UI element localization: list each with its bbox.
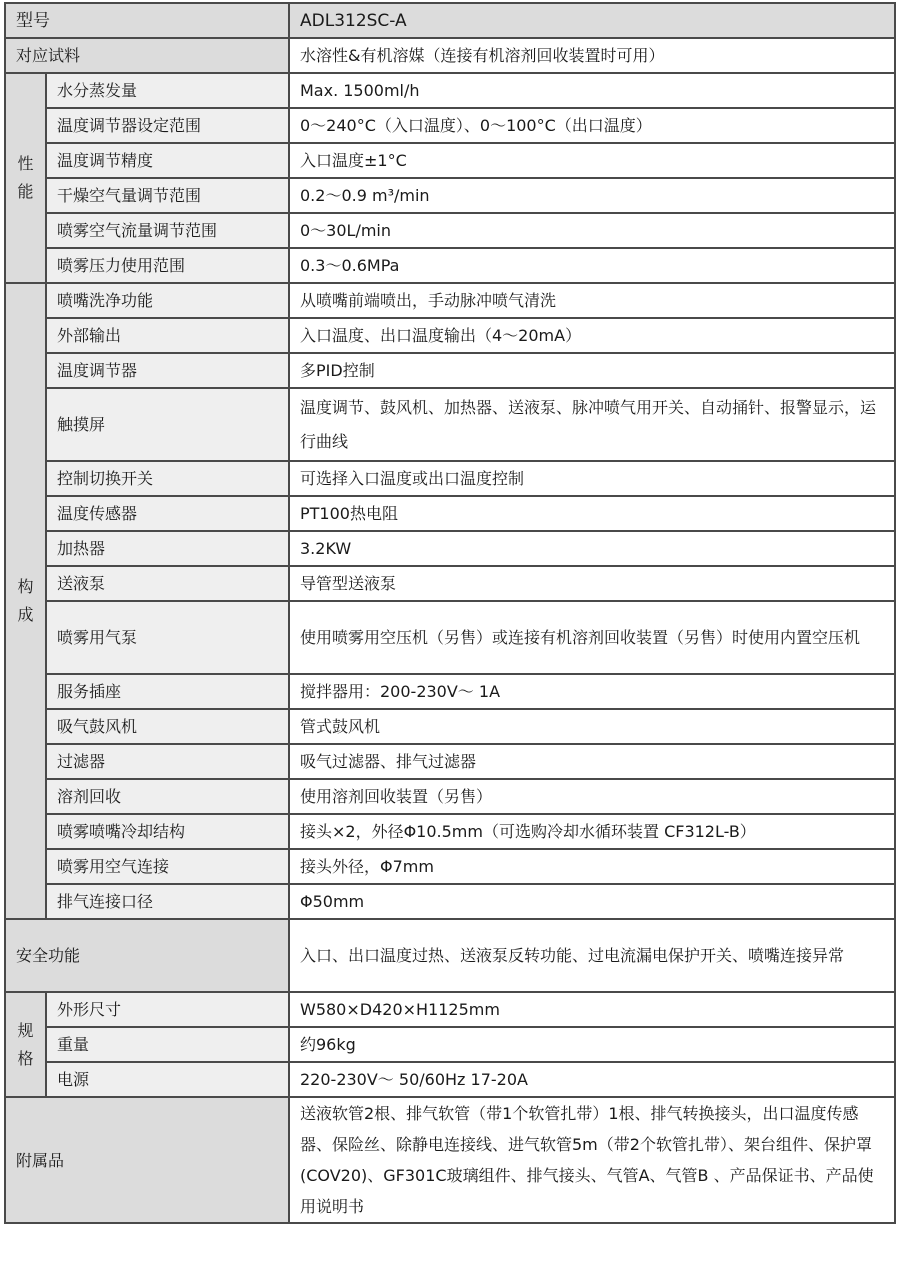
applicable-sample-value: 水溶性&有机溶媒（连接有机溶剂回收装置时可用） <box>289 38 895 73</box>
row-label: 喷雾空气流量调节范围 <box>46 213 289 248</box>
model-label: 型号 <box>5 3 289 38</box>
row-label: 溶剂回收 <box>46 779 289 814</box>
row-label: 水分蒸发量 <box>46 73 289 108</box>
table-row: 温度传感器 PT100热电阻 <box>5 496 895 531</box>
row-value: 接头外径，Φ7mm <box>289 849 895 884</box>
accessories-label: 附属品 <box>5 1097 289 1223</box>
table-row-accessories: 附属品 送液软管2根、排气软管（带1个软管扎带）1根、排气转换接头，出口温度传感… <box>5 1097 895 1223</box>
table-row: 温度调节器设定范围 0～240°C（入口温度）、0～100°C（出口温度） <box>5 108 895 143</box>
table-row: 触摸屏 温度调节、鼓风机、加热器、送液泵、脉冲喷气用开关、自动捅针、报警显示，运… <box>5 388 895 461</box>
spec-table: 型号 ADL312SC-A 对应试料 水溶性&有机溶媒（连接有机溶剂回收装置时可… <box>4 2 896 1224</box>
row-value: 使用喷雾用空压机（另售）或连接有机溶剂回收装置（另售）时使用内置空压机 <box>289 601 895 674</box>
table-row: 送液泵 导管型送液泵 <box>5 566 895 601</box>
row-value: 导管型送液泵 <box>289 566 895 601</box>
row-label: 排气连接口径 <box>46 884 289 919</box>
row-label: 喷雾压力使用范围 <box>46 248 289 283</box>
row-label: 外形尺寸 <box>46 992 289 1027</box>
row-value: 可选择入口温度或出口温度控制 <box>289 461 895 496</box>
table-row: 喷雾喷嘴冷却结构 接头×2，外径Φ10.5mm（可选购冷却水循环装置 CF312… <box>5 814 895 849</box>
row-value: 接头×2，外径Φ10.5mm（可选购冷却水循环装置 CF312L-B） <box>289 814 895 849</box>
table-row: 温度调节器 多PID控制 <box>5 353 895 388</box>
row-label: 温度调节器 <box>46 353 289 388</box>
group-label-performance: 性 能 <box>5 73 46 283</box>
table-row: 控制切换开关 可选择入口温度或出口温度控制 <box>5 461 895 496</box>
row-label: 触摸屏 <box>46 388 289 461</box>
table-row: 喷雾用气泵 使用喷雾用空压机（另售）或连接有机溶剂回收装置（另售）时使用内置空压… <box>5 601 895 674</box>
safety-value: 入口、出口温度过热、送液泵反转功能、过电流漏电保护开关、喷嘴连接异常 <box>289 919 895 992</box>
table-row-applicable-sample: 对应试料 水溶性&有机溶媒（连接有机溶剂回收装置时可用） <box>5 38 895 73</box>
row-label: 控制切换开关 <box>46 461 289 496</box>
group-label-char: 格 <box>16 1045 35 1073</box>
row-value: Φ50mm <box>289 884 895 919</box>
row-label: 温度传感器 <box>46 496 289 531</box>
row-label: 喷雾用空气连接 <box>46 849 289 884</box>
row-label: 干燥空气量调节范围 <box>46 178 289 213</box>
row-value: 220-230V～ 50/60Hz 17-20A <box>289 1062 895 1097</box>
row-value: 使用溶剂回收装置（另售） <box>289 779 895 814</box>
row-value: 0.3～0.6MPa <box>289 248 895 283</box>
model-value: ADL312SC-A <box>289 3 895 38</box>
row-value: 温度调节、鼓风机、加热器、送液泵、脉冲喷气用开关、自动捅针、报警显示，运行曲线 <box>289 388 895 461</box>
row-value: 入口温度、出口温度输出（4～20mA） <box>289 318 895 353</box>
row-value: 从喷嘴前端喷出，手动脉冲喷气清洗 <box>289 283 895 318</box>
group-label-specifications: 规 格 <box>5 992 46 1097</box>
table-row: 喷雾用空气连接 接头外径，Φ7mm <box>5 849 895 884</box>
group-label-char: 成 <box>16 601 35 629</box>
row-value: 3.2KW <box>289 531 895 566</box>
accessories-value: 送液软管2根、排气软管（带1个软管扎带）1根、排气转换接头，出口温度传感器、保险… <box>289 1097 895 1223</box>
table-row: 服务插座 搅拌器用：200-230V～ 1A <box>5 674 895 709</box>
row-value: 0.2～0.9 m³/min <box>289 178 895 213</box>
applicable-sample-label: 对应试料 <box>5 38 289 73</box>
row-label: 送液泵 <box>46 566 289 601</box>
group-label-composition: 构 成 <box>5 283 46 919</box>
table-row: 溶剂回收 使用溶剂回收装置（另售） <box>5 779 895 814</box>
table-row: 喷雾压力使用范围 0.3～0.6MPa <box>5 248 895 283</box>
row-label: 喷雾用气泵 <box>46 601 289 674</box>
row-label: 喷雾喷嘴冷却结构 <box>46 814 289 849</box>
row-value: 0～30L/min <box>289 213 895 248</box>
table-row-model: 型号 ADL312SC-A <box>5 3 895 38</box>
row-value: W580×D420×H1125mm <box>289 992 895 1027</box>
table-row: 外部输出 入口温度、出口温度输出（4～20mA） <box>5 318 895 353</box>
group-label-char: 规 <box>16 1017 35 1045</box>
row-label: 电源 <box>46 1062 289 1097</box>
row-value: 入口温度±1°C <box>289 143 895 178</box>
row-value: 多PID控制 <box>289 353 895 388</box>
row-label: 重量 <box>46 1027 289 1062</box>
table-row-safety: 安全功能 入口、出口温度过热、送液泵反转功能、过电流漏电保护开关、喷嘴连接异常 <box>5 919 895 992</box>
row-label: 吸气鼓风机 <box>46 709 289 744</box>
row-label: 加热器 <box>46 531 289 566</box>
row-label: 温度调节精度 <box>46 143 289 178</box>
table-row: 温度调节精度 入口温度±1°C <box>5 143 895 178</box>
row-value: 0～240°C（入口温度）、0～100°C（出口温度） <box>289 108 895 143</box>
row-value: PT100热电阻 <box>289 496 895 531</box>
row-value: Max. 1500ml/h <box>289 73 895 108</box>
row-value: 约96kg <box>289 1027 895 1062</box>
group-label-char: 性 <box>16 150 35 178</box>
table-row: 构 成 喷嘴洗净功能 从喷嘴前端喷出，手动脉冲喷气清洗 <box>5 283 895 318</box>
row-value: 搅拌器用：200-230V～ 1A <box>289 674 895 709</box>
table-row: 干燥空气量调节范围 0.2～0.9 m³/min <box>5 178 895 213</box>
table-row: 过滤器 吸气过滤器、排气过滤器 <box>5 744 895 779</box>
table-row: 重量 约96kg <box>5 1027 895 1062</box>
row-value: 管式鼓风机 <box>289 709 895 744</box>
table-row: 吸气鼓风机 管式鼓风机 <box>5 709 895 744</box>
safety-label: 安全功能 <box>5 919 289 992</box>
table-row: 性 能 水分蒸发量 Max. 1500ml/h <box>5 73 895 108</box>
row-value: 吸气过滤器、排气过滤器 <box>289 744 895 779</box>
row-label: 服务插座 <box>46 674 289 709</box>
group-label-char: 能 <box>16 178 35 206</box>
table-row: 规 格 外形尺寸 W580×D420×H1125mm <box>5 992 895 1027</box>
table-row: 电源 220-230V～ 50/60Hz 17-20A <box>5 1062 895 1097</box>
table-row: 排气连接口径 Φ50mm <box>5 884 895 919</box>
row-label: 温度调节器设定范围 <box>46 108 289 143</box>
row-label: 喷嘴洗净功能 <box>46 283 289 318</box>
table-row: 喷雾空气流量调节范围 0～30L/min <box>5 213 895 248</box>
row-label: 过滤器 <box>46 744 289 779</box>
table-row: 加热器 3.2KW <box>5 531 895 566</box>
group-label-char: 构 <box>16 573 35 601</box>
row-label: 外部输出 <box>46 318 289 353</box>
